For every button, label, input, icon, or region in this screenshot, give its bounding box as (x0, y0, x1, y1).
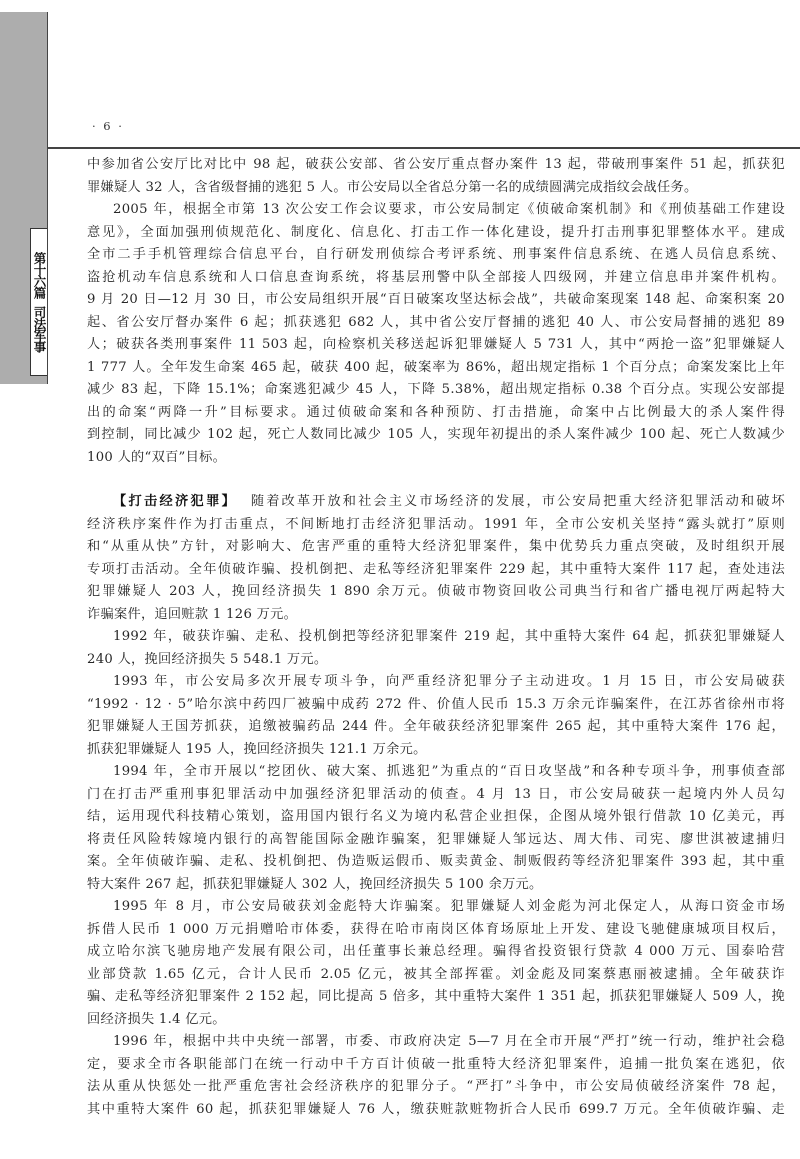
text-line: 回经济损失 1.4 亿元。 (87, 1009, 785, 1032)
text-line: 其中重特大案件 60 起，抓获犯罪嫌疑人 76 人，缴获赃款赃物折合人民币 69… (87, 1099, 785, 1122)
text-line: 100 人的“双百”目标。 (87, 447, 785, 470)
text-line: “1992 · 12 · 5”哈尔滨中药四厂被骗中成药 272 件、价值人民币 … (87, 694, 785, 717)
text-line: 出的命案“两降一升”目标要求。通过侦破命案和各种预防、打击措施，命案中占比例最大… (87, 402, 785, 425)
section-economic-crime: 【打击经济犯罪】随着改革开放和社会主义市场经济的发展，市公安局把重大经济犯罪活动… (87, 491, 785, 626)
text-line: 抓获犯罪嫌疑人 195 人，挽回经济损失 121.1 万余元。 (87, 739, 785, 762)
paragraph: 1993 年，市公安局多次开展专项斗争，向严重经济犯罪分子主动进攻。1 月 15… (87, 671, 785, 761)
text-line: 起、省公安厅督办案件 6 起；抓获逃犯 682 人，其中省公安厅督捕的逃犯 40… (87, 312, 785, 335)
text-line: 专项打击活动。全年侦破诈骗、投机倒把、走私等经济犯罪案件 229 起，其中重特大… (87, 559, 785, 582)
text-line: 1996 年，根据中共中央统一部署，市委、市政府决定 5—7 月在全市开展“严打… (87, 1031, 785, 1054)
text-line: 和“从重从快”方针，对影响大、危害严重的重特大经济犯罪案件，集中优势兵力重点突破… (87, 536, 785, 559)
text-run: 随着改革开放和社会主义市场经济的发展，市公安局把重大经济犯罪活动和破坏 (249, 494, 785, 509)
text-line: 特大案件 267 起，抓获犯罪嫌疑人 302 人，挽回经济损失 5 100 余万… (87, 874, 785, 897)
text-line: 法从重从快惩处一批严重危害社会经济秩序的犯罪分子。“严打”斗争中，市公安局侦破经… (87, 1076, 785, 1099)
chapter-side-tab: 第十六篇 司法军事 (30, 228, 47, 376)
text-line: 1993 年，市公安局多次开展专项斗争，向严重经济犯罪分子主动进攻。1 月 15… (87, 671, 785, 694)
text-line: 全市二手手机管理综合信息平台，自行研发刑侦综合考评系统、刑事案件信息系统、在逃人… (87, 244, 785, 267)
paragraph: 1996 年，根据中共中央统一部署，市委、市政府决定 5—7 月在全市开展“严打… (87, 1031, 785, 1121)
text-line: 人；破获各类刑事案件 11 503 起，向检察机关移送起诉犯罪嫌疑人 5 731… (87, 334, 785, 357)
text-line: 1 777 人。全年发生命案 465 起，破获 400 起，破案率为 86%，超… (87, 357, 785, 380)
paragraph: 2005 年，根据全市第 13 次公安工作会议要求，市公安局制定《侦破命案机制》… (87, 199, 785, 469)
text-line: 2005 年，根据全市第 13 次公安工作会议要求，市公安局制定《侦破命案机制》… (87, 199, 785, 222)
side-tab-title: 司法军事 (30, 306, 48, 352)
text-line: 门在打击严重刑事犯罪活动中加强经济犯罪活动的侦查。4 月 13 日，市公安局破获… (87, 784, 785, 807)
paragraph: 1995 年 8 月，市公安局破获刘金彪特大诈骗案。犯罪嫌疑人刘金彪为河北保定人… (87, 896, 785, 1031)
text-line: 经济秩序案件作为打击重点，不间断地打击经济犯罪活动。1991 年，全市公安机关坚… (87, 514, 785, 537)
section-gap (87, 469, 785, 491)
text-line: 将责任风险转嫁境内银行的高智能国际金融诈骗案，犯罪嫌疑人邹远达、周大伟、司宪、廖… (87, 829, 785, 852)
text-line: 减少 83 起，下降 15.1%；命案逃犯减少 45 人，下降 5.38%，超出… (87, 379, 785, 402)
text-line: 盗抢机动车信息系统和人口信息查询系统，将基层刑警中队全部接人四级网，并建立信息串… (87, 267, 785, 290)
text-line: 诈骗案件，追回赃款 1 126 万元。 (87, 604, 785, 627)
page-number: · 6 · (92, 119, 124, 133)
text-line: 到控制，同比减少 102 起，死亡人数同比减少 105 人，实现年初提出的杀人案… (87, 424, 785, 447)
paragraph: 中参加省公安厅比对比中 98 起，破获公安部、省公安厅重点督办案件 13 起，带… (87, 154, 785, 199)
paragraph: 1994 年，全市开展以“挖团伙、破大案、抓逃犯”为重点的“百日攻坚战”和各种专… (87, 761, 785, 896)
paragraph: 1992 年，破获诈骗、走私、投机倒把等经济犯罪案件 219 起，其中重特大案件… (87, 626, 785, 671)
text-line: 1992 年，破获诈骗、走私、投机倒把等经济犯罪案件 219 起，其中重特大案件… (87, 626, 785, 649)
text-line: 中参加省公安厅比对比中 98 起，破获公安部、省公安厅重点督办案件 13 起，带… (87, 154, 785, 177)
text-line: 案。全年侦破诈骗、走私、投机倒把、伪造贩运假币、贩卖黄金、制贩假药等经济犯罪案件… (87, 851, 785, 874)
text-line: 240 人，挽回经济损失 5 548.1 万元。 (87, 649, 785, 672)
text-line: 成立哈尔滨飞驰房地产发展有限公司，出任董事长兼总经理。骗得省投资银行贷款 4 0… (87, 941, 785, 964)
section-heading: 【打击经济犯罪】 (113, 494, 237, 509)
text-line: 1994 年，全市开展以“挖团伙、破大案、抓逃犯”为重点的“百日攻坚战”和各种专… (87, 761, 785, 784)
text-line: 罪嫌疑人 32 人，含省级督捕的逃犯 5 人。市公安局以全省总分第一名的成绩圆满… (87, 177, 785, 200)
text-line: 定，要求全市各职能部门在统一行动中千方百计侦破一批重特大经济犯罪案件，追捕一批负… (87, 1054, 785, 1077)
text-line: 业部贷款 1.65 亿元，合计人民币 2.05 亿元，被其全部挥霍。刘金彪及同案… (87, 964, 785, 987)
text-line: 【打击经济犯罪】随着改革开放和社会主义市场经济的发展，市公安局把重大经济犯罪活动… (87, 491, 785, 514)
text-line: 骗、走私等经济犯罪案件 2 152 起，同比提高 5 倍多，其中重特大案件 1 … (87, 986, 785, 1009)
text-line: 犯罪嫌疑人王国芳抓获，追缴被骗药品 244 件。全年破获经济犯罪案件 265 起… (87, 716, 785, 739)
text-line: 拆借人民币 1 000 万元捐赠哈市体委，获得在哈市南岗区体育场原址上开发、建设… (87, 919, 785, 942)
text-line: 意见》，全面加强刑侦规范化、制度化、信息化、打击工作一体化建设，提升打击刑事犯罪… (87, 222, 785, 245)
text-line: 结，运用现代科技精心策划，盗用国内银行名义为境内私营企业担保，企图从境外银行借款… (87, 806, 785, 829)
text-line: 犯罪嫌疑人 203 人，挽回经济损失 1 890 余万元。侦破市物资回收公司典当… (87, 581, 785, 604)
side-tab-part: 第十六篇 (30, 252, 48, 298)
text-line: 1995 年 8 月，市公安局破获刘金彪特大诈骗案。犯罪嫌疑人刘金彪为河北保定人… (87, 896, 785, 919)
page-body: 中参加省公安厅比对比中 98 起，破获公安部、省公安厅重点督办案件 13 起，带… (87, 154, 785, 1121)
text-line: 9 月 20 日—12 月 30 日，市公安局组织开展“百日破案攻坚达标会战”，… (87, 289, 785, 312)
header-rule (47, 147, 800, 149)
